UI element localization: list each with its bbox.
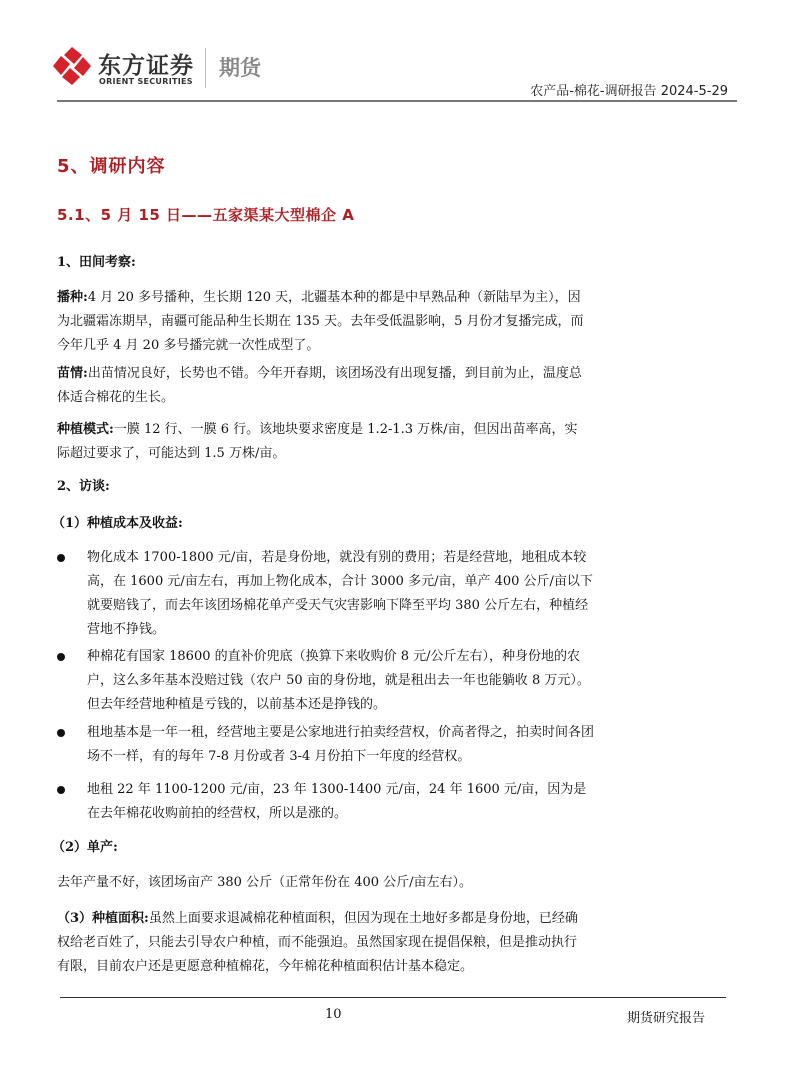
paragraph-text: 4 月 20 多号播种，生长期 120 天，北疆基本种的都是中早熟品种（新陆早为… (57, 290, 583, 353)
list-item-text: 物化成本 1700-1800 元/亩，若是身份地，就没有别的费用；若是经营地，地… (87, 546, 597, 642)
brand-name-cn: 东方证券 (98, 47, 194, 80)
list-item: 物化成本 1700-1800 元/亩，若是身份地，就没有别的费用；若是经营地，地… (57, 546, 597, 642)
field-survey-heading: 1、田间考察: (57, 251, 587, 275)
paragraph-label: 苗情: (57, 366, 88, 381)
list-item-text: 租地基本是一年一租，经营地主要是公家地进行拍卖经营权，价高者得之，拍卖时间各团场… (87, 721, 597, 769)
paragraph-text: 出苗情况良好，长势也不错。今年开春期，该团场没有出现复播，到目前为止，温度总体适… (57, 366, 582, 405)
brand-divider (205, 48, 206, 88)
yield-heading: （2）单产: (52, 836, 582, 860)
list-item: 种棉花有国家 18600 的直补价兜底（换算下来收购价 8 元/公斤左右），种身… (57, 645, 597, 717)
section-title: 5、调研内容 (57, 152, 166, 178)
document-info: 农产品-棉花-调研报告 2024-5-29 (530, 80, 728, 99)
bullet-icon (57, 554, 65, 562)
interview-heading: 2、访谈: (57, 475, 587, 499)
list-item-text: 种棉花有国家 18600 的直补价兜底（换算下来收购价 8 元/公斤左右），种身… (87, 645, 597, 717)
bullet-icon (57, 729, 65, 737)
brand-division: 期货 (219, 52, 261, 82)
paragraph-text: 一膜 12 行、一膜 6 行。该地块要求密度是 1.2-1.3 万株/亩，但因出… (57, 422, 578, 461)
paragraph-label: 种植模式: (57, 422, 114, 437)
footer-rule (60, 997, 726, 998)
list-item: 地租 22 年 1100-1200 元/亩，23 年 1300-1400 元/亩… (57, 778, 597, 826)
page-header: 东方证券 ORIENT SECURITIES 期货 农产品-棉花-调研报告 20… (0, 0, 793, 110)
brand-name-en: ORIENT SECURITIES (99, 77, 193, 86)
list-item: 租地基本是一年一租，经营地主要是公家地进行拍卖经营权，价高者得之，拍卖时间各团场… (57, 721, 597, 769)
paragraph-sowing: 播种:4 月 20 多号播种，生长期 120 天，北疆基本种的都是中早熟品种（新… (57, 286, 587, 358)
cost-heading: （1）种植成本及收益: (52, 512, 582, 536)
bullet-icon (57, 786, 65, 794)
section-subtitle: 5.1、5 月 15 日——五家渠某大型棉企 A (57, 204, 354, 225)
header-rule (57, 100, 737, 102)
paragraph-seedling: 苗情:出苗情况良好，长势也不错。今年开春期，该团场没有出现复播，到目前为止，温度… (57, 362, 587, 410)
report-type: 期货研究报告 (627, 1007, 705, 1026)
list-item-text: 地租 22 年 1100-1200 元/亩，23 年 1300-1400 元/亩… (87, 778, 597, 826)
paragraph-label: 播种: (57, 290, 88, 305)
paragraph-planting-area: （3）种植面积:虽然上面要求退减棉花种植面积，但因为现在土地好多都是身份地，已经… (57, 907, 587, 979)
bullet-icon (57, 653, 65, 661)
paragraph-label: （3）种植面积: (57, 911, 149, 926)
paragraph-planting-mode: 种植模式:一膜 12 行、一膜 6 行。该地块要求密度是 1.2-1.3 万株/… (57, 418, 587, 466)
orient-securities-logo-icon (52, 46, 92, 86)
page-number: 10 (325, 1007, 342, 1022)
yield-text: 去年产量不好，该团场亩产 380 公斤（正常年份在 400 公斤/亩左右）。 (57, 871, 587, 895)
